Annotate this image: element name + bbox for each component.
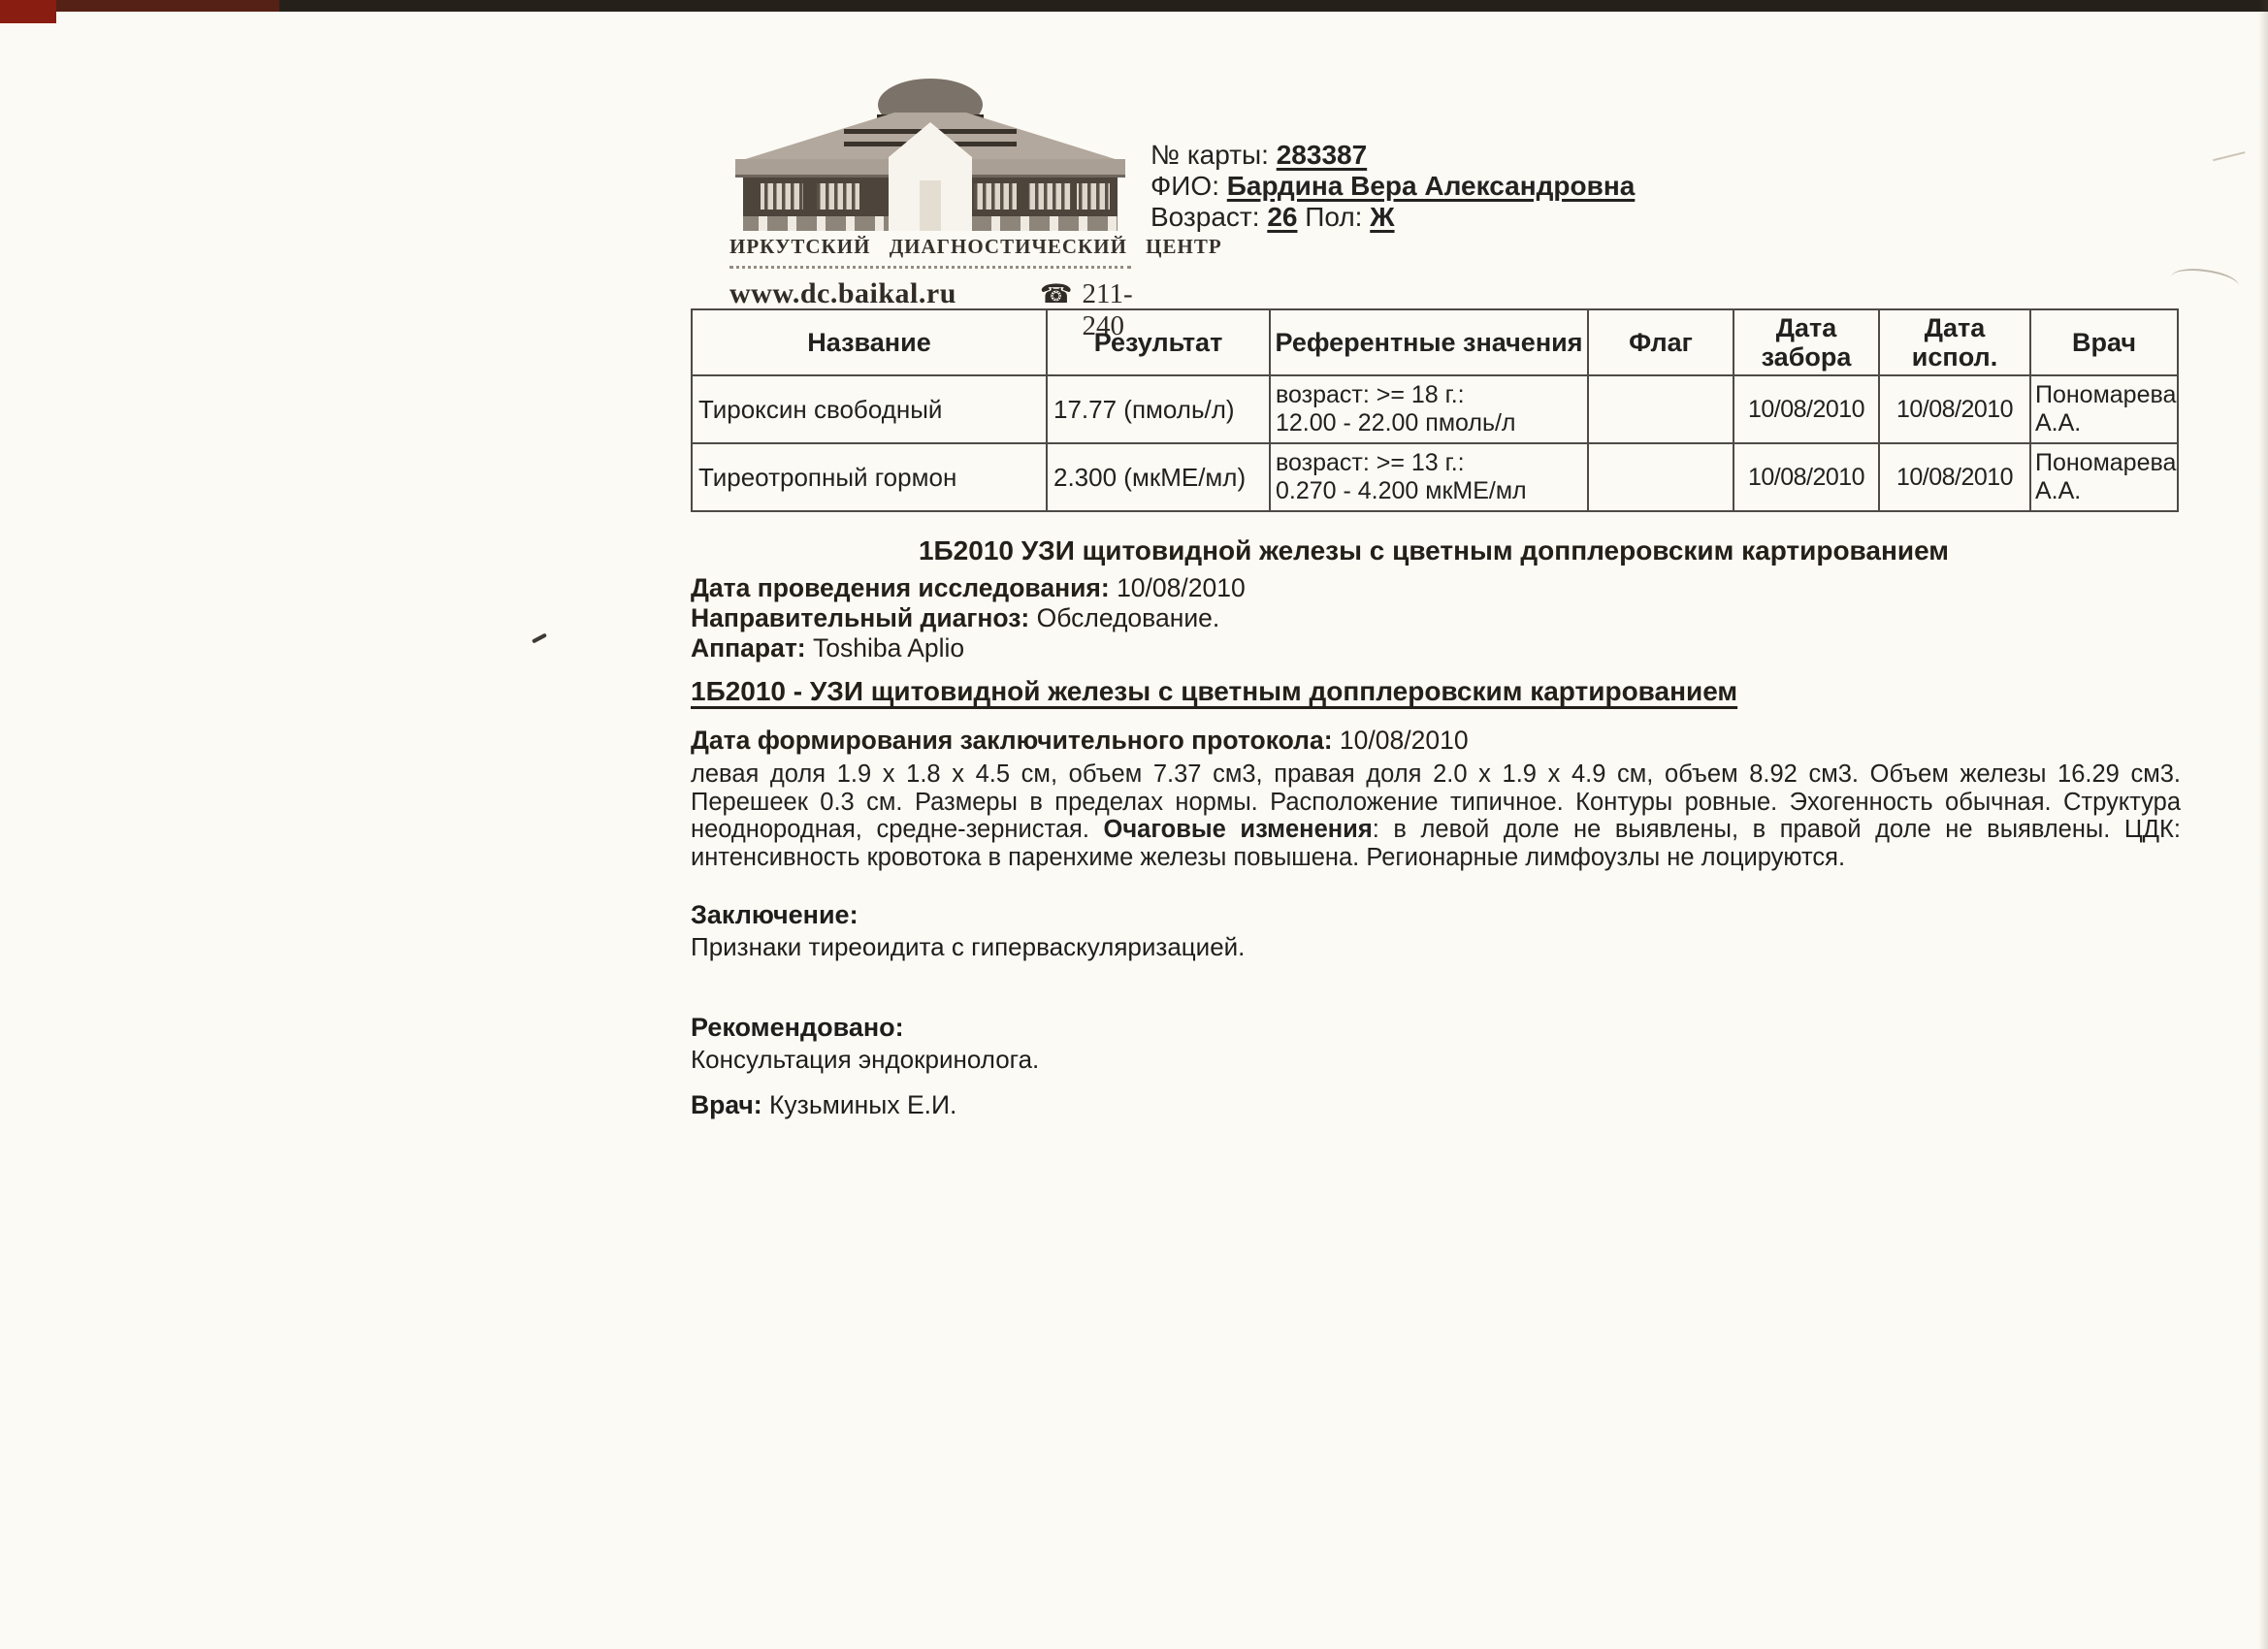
table-row: Тироксин свободный 17.77 (пмоль/л) возра… [692,375,2178,443]
patient-name-value: Бардина Вера Александровна [1227,171,1636,201]
scan-corner-artifact-2 [56,0,279,12]
table-row: Тиреотропный гормон 2.300 (мкМЕ/мл) возр… [692,443,2178,511]
col-header-date-collected: Дата забора [1733,309,1879,375]
patient-name-label: ФИО: [1150,171,1219,201]
age-label: Возраст: [1150,202,1260,232]
col-header-date-performed: Дата испол. [1879,309,2030,375]
col-header-flag: Флаг [1588,309,1733,375]
recommendation-text: Консультация эндокринолога. [691,1045,1039,1075]
device-line: Аппарат: Toshiba Aplio [691,633,1246,663]
col-header-doctor: Врач [2030,309,2178,375]
card-number-value: 283387 [1277,140,1367,170]
flag-cell [1588,443,1733,511]
recommendation-label: Рекомендовано: [691,1013,904,1043]
report-doctor-value: Кузьминых Е.И. [762,1090,957,1119]
findings-paragraph: левая доля 1.9 x 1.8 x 4.5 см, объем 7.3… [691,760,2181,871]
conclusion-text: Признаки тиреоидита с гиперваскуляризаци… [691,932,1245,962]
flag-cell [1588,375,1733,443]
scan-right-edge-shadow [2258,0,2268,1649]
reference-line-1: возраст: >= 13 г.: [1276,449,1582,477]
study-title: 1Б2010 УЗИ щитовидной железы с цветным д… [691,535,2177,566]
referral-diagnosis-line: Направительный диагноз: Обследование. [691,603,1246,633]
date-performed-cell: 10/08/2010 [1879,375,2030,443]
scanned-lab-report-page: ИРКУТСКИЙ ДИАГНОСТИЧЕСКИЙ ЦЕНТР www.dc.b… [0,0,2268,1649]
card-number-label: № карты: [1150,140,1269,170]
device-value: Toshiba Aplio [806,633,965,663]
col-header-result: Результат [1047,309,1270,375]
age-value: 26 [1267,202,1297,232]
test-name-cell: Тироксин свободный [692,375,1047,443]
sex-label: Пол: [1305,202,1362,232]
clinic-name: ИРКУТСКИЙ ДИАГНОСТИЧЕСКИЙ ЦЕНТР [729,235,1131,259]
doctor-cell: Пономарева А.А. [2030,443,2178,511]
date-performed-cell: 10/08/2010 [1879,443,2030,511]
patient-age-sex-line: Возраст: 26 Пол: Ж [1150,202,1635,233]
study-meta-block: Дата проведения исследования: 10/08/2010… [691,573,1246,663]
patient-name-line: ФИО: Бардина Вера Александровна [1150,171,1635,202]
conclusion-label: Заключение: [691,900,859,930]
clinic-website: www.dc.baikal.ru [729,277,956,310]
reference-line-2: 0.270 - 4.200 мкМЕ/мл [1276,477,1582,505]
referral-diagnosis-label: Направительный диагноз: [691,603,1029,632]
protocol-date-label: Дата формирования заключительного проток… [691,726,1333,755]
pencil-squiggle-artifact [2170,265,2241,298]
study-date-line: Дата проведения исследования: 10/08/2010 [691,573,1246,603]
clinic-building-logo-icon [729,64,1131,231]
col-header-reference: Референтные значения [1270,309,1588,375]
telephone-icon: ☎ [1040,279,1073,309]
reference-line-1: возраст: >= 18 г.: [1276,381,1582,409]
patient-info-block: № карты: 283387 ФИО: Бардина Вера Алекса… [1150,140,1635,233]
doctor-cell: Пономарева А.А. [2030,375,2178,443]
patient-card-line: № карты: 283387 [1150,140,1635,171]
scan-top-edge [0,0,2268,12]
reference-line-2: 12.00 - 22.00 пмоль/л [1276,409,1582,437]
findings-focal-changes-label: Очаговые изменения [1104,816,1373,843]
study-date-value: 10/08/2010 [1110,573,1246,602]
study-date-label: Дата проведения исследования: [691,573,1110,602]
lab-results-table: Название Результат Референтные значения … [691,308,2179,512]
test-name-cell: Тиреотропный гормон [692,443,1047,511]
reference-cell: возраст: >= 13 г.: 0.270 - 4.200 мкМЕ/мл [1270,443,1588,511]
date-collected-cell: 10/08/2010 [1733,443,1879,511]
result-cell: 17.77 (пмоль/л) [1047,375,1270,443]
pencil-tick-artifact [2213,151,2248,171]
study-subtitle: 1Б2010 - УЗИ щитовидной железы с цветным… [691,676,1737,707]
table-header-row: Название Результат Референтные значения … [692,309,2178,375]
referral-diagnosis-value: Обследование. [1029,603,1219,632]
report-doctor-line: Врач: Кузьминых Е.И. [691,1090,956,1120]
scan-corner-artifact [0,0,56,23]
protocol-date-value: 10/08/2010 [1333,726,1469,755]
pencil-mark-artifact [532,632,547,643]
date-collected-cell: 10/08/2010 [1733,375,1879,443]
protocol-date-line: Дата формирования заключительного проток… [691,726,1469,756]
result-cell: 2.300 (мкМЕ/мл) [1047,443,1270,511]
clinic-letterhead: ИРКУТСКИЙ ДИАГНОСТИЧЕСКИЙ ЦЕНТР www.dc.b… [729,64,1131,342]
reference-cell: возраст: >= 18 г.: 12.00 - 22.00 пмоль/л [1270,375,1588,443]
col-header-name: Название [692,309,1047,375]
report-doctor-label: Врач: [691,1090,762,1119]
letterhead-divider [729,266,1131,269]
device-label: Аппарат: [691,633,806,663]
sex-value: Ж [1370,202,1394,232]
